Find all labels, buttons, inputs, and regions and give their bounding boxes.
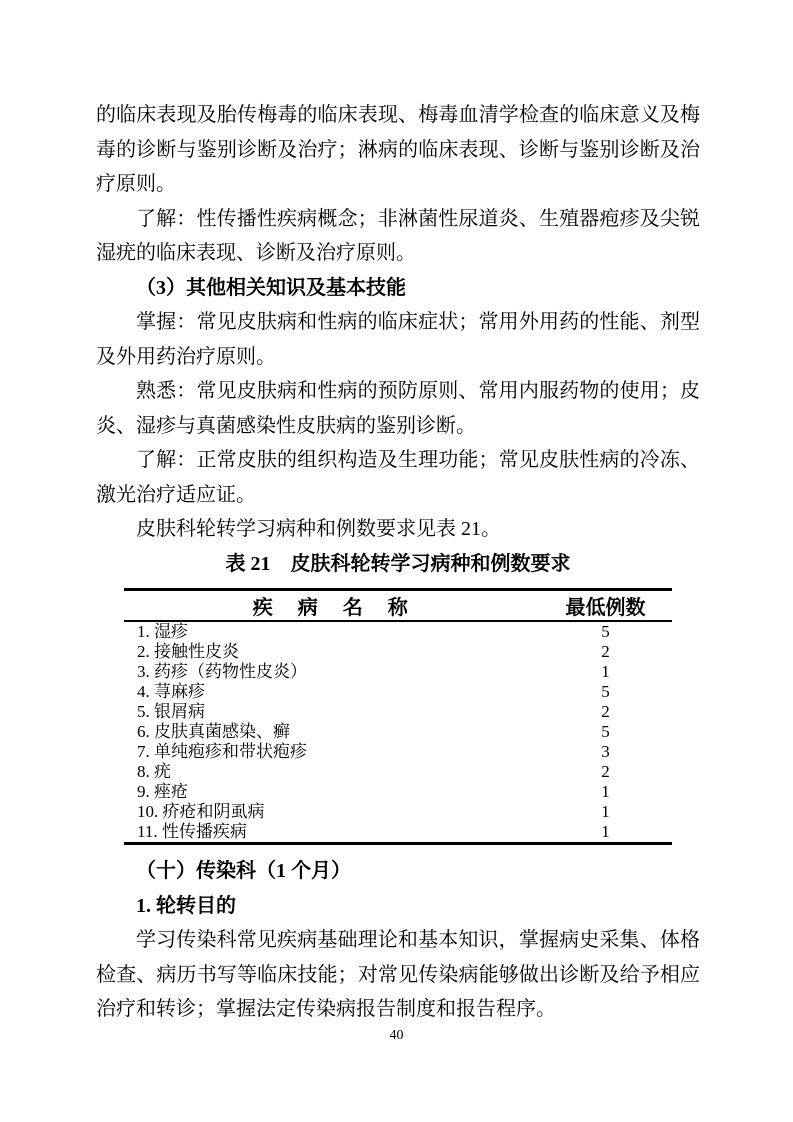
disease-cell: 7. 单纯疱疹和带状疱疹 <box>124 742 539 762</box>
table-row: 10. 疥疮和阴虱病 1 <box>124 802 672 822</box>
table-row: 2. 接触性皮炎 2 <box>124 642 672 662</box>
disease-cell: 8. 疣 <box>124 762 539 782</box>
min-cases-cell: 5 <box>539 682 672 702</box>
paragraph-table-reference: 皮肤科轮转学习病种和例数要求见表 21。 <box>96 512 700 547</box>
min-cases-cell: 2 <box>539 642 672 662</box>
disease-cell: 1. 湿疹 <box>124 621 539 642</box>
heading-rotation-purpose: 1. 轮转目的 <box>96 889 700 924</box>
document-page: 的临床表现及胎传梅毒的临床表现、梅毒血清学检查的临床意义及梅毒的诊断与鉴别诊断及… <box>0 0 793 1122</box>
table-row: 5. 银屑病 2 <box>124 702 672 722</box>
min-cases-cell: 2 <box>539 702 672 722</box>
table-header-row: 疾 病 名 称 最低例数 <box>124 590 672 622</box>
paragraph-master-skin: 掌握：常见皮肤病和性病的临床症状；常用外用药的性能、剂型及外用药治疗原则。 <box>96 305 700 374</box>
disease-cell: 2. 接触性皮炎 <box>124 642 539 662</box>
table-row: 6. 皮肤真菌感染、癣 5 <box>124 722 672 742</box>
disease-cell: 4. 荨麻疹 <box>124 682 539 702</box>
col-header-min-cases: 最低例数 <box>539 590 672 622</box>
min-cases-table: 疾 病 名 称 最低例数 1. 湿疹 5 2. 接触性皮炎 2 3. 药疹（药物… <box>124 588 672 845</box>
page-number: 40 <box>0 1028 793 1044</box>
table-row: 8. 疣 2 <box>124 762 672 782</box>
heading-section-ten: （十）传染科（1 个月） <box>96 854 700 889</box>
table-row: 7. 单纯疱疹和带状疱疹 3 <box>124 742 672 762</box>
heading-other-knowledge: （3）其他相关知识及基本技能 <box>96 271 700 306</box>
min-cases-cell: 1 <box>539 662 672 682</box>
paragraph-syphilis-clinical: 的临床表现及胎传梅毒的临床表现、梅毒血清学检查的临床意义及梅毒的诊断与鉴别诊断及… <box>96 98 700 202</box>
min-cases-cell: 1 <box>539 802 672 822</box>
disease-cell: 9. 痤疮 <box>124 782 539 802</box>
min-cases-cell: 1 <box>539 822 672 844</box>
table-row: 4. 荨麻疹 5 <box>124 682 672 702</box>
paragraph-std-understand: 了解：性传播性疾病概念；非淋菌性尿道炎、生殖器疱疹及尖锐湿疣的临床表现、诊断及治… <box>96 202 700 271</box>
disease-cell: 5. 银屑病 <box>124 702 539 722</box>
disease-cell: 3. 药疹（药物性皮炎） <box>124 662 539 682</box>
table-row: 11. 性传播疾病 1 <box>124 822 672 844</box>
table-row: 3. 药疹（药物性皮炎） 1 <box>124 662 672 682</box>
min-cases-cell: 2 <box>539 762 672 782</box>
min-cases-cell: 3 <box>539 742 672 762</box>
min-cases-cell: 5 <box>539 621 672 642</box>
paragraph-understand-skin: 了解：正常皮肤的组织构造及生理功能；常见皮肤性病的冷冻、激光治疗适应证。 <box>96 443 700 512</box>
table-row: 1. 湿疹 5 <box>124 621 672 642</box>
disease-cell: 6. 皮肤真菌感染、癣 <box>124 722 539 742</box>
disease-cell: 11. 性传播疾病 <box>124 822 539 844</box>
paragraph-familiar-skin: 熟悉：常见皮肤病和性病的预防原则、常用内服药物的使用；皮炎、湿疹与真菌感染性皮肤… <box>96 374 700 443</box>
min-cases-cell: 1 <box>539 782 672 802</box>
disease-cell: 10. 疥疮和阴虱病 <box>124 802 539 822</box>
page-content: 的临床表现及胎传梅毒的临床表现、梅毒血清学检查的临床意义及梅毒的诊断与鉴别诊断及… <box>96 98 700 1027</box>
table-title: 表 21 皮肤科轮转学习病种和例数要求 <box>96 547 700 582</box>
min-cases-cell: 5 <box>539 722 672 742</box>
col-header-disease: 疾 病 名 称 <box>124 590 539 622</box>
paragraph-rotation-purpose: 学习传染科常见疾病基础理论和基本知识，掌握病史采集、体格检查、病历书写等临床技能… <box>96 923 700 1027</box>
table-row: 9. 痤疮 1 <box>124 782 672 802</box>
